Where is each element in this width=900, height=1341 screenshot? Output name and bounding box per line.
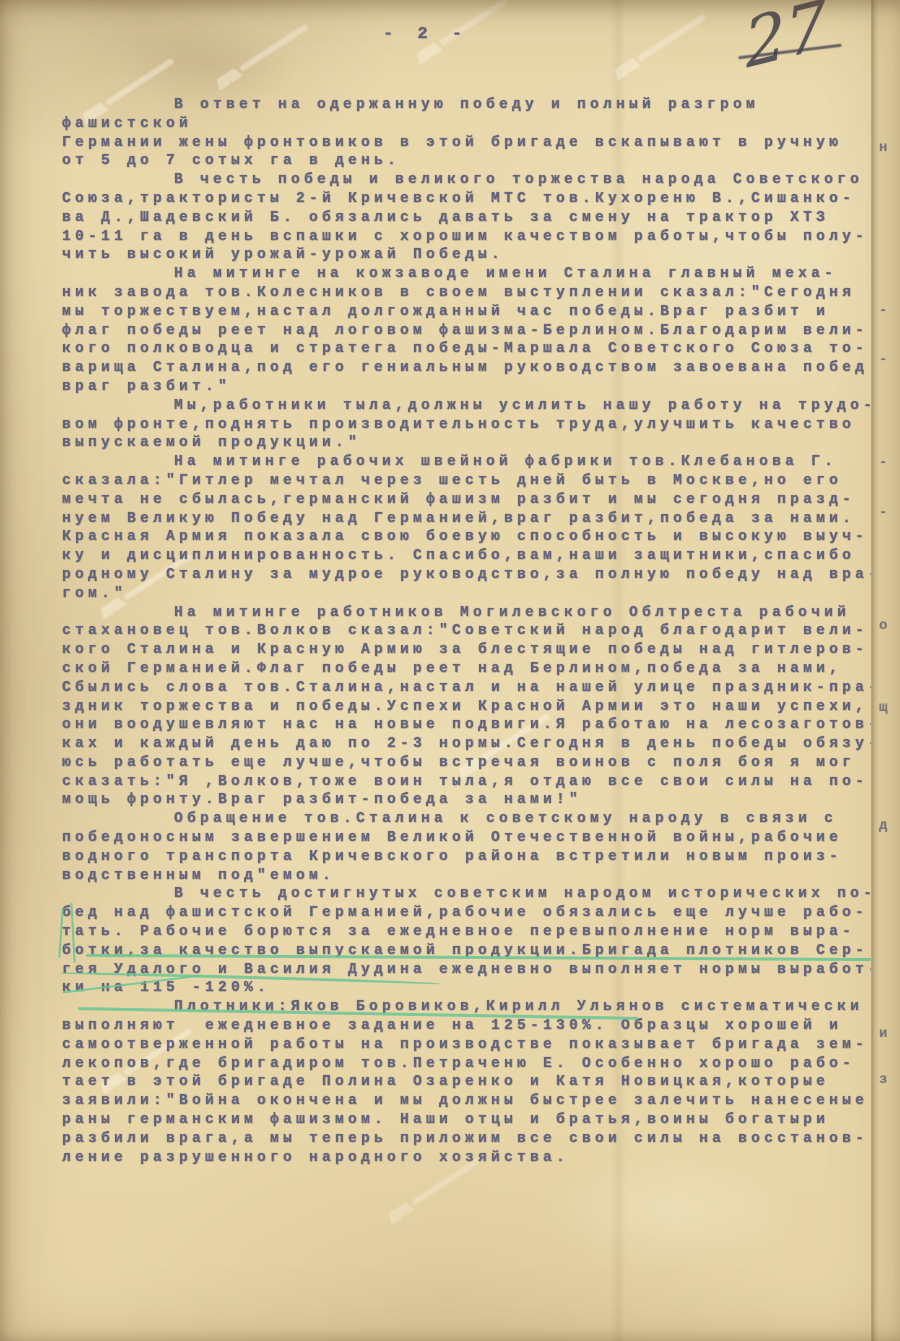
- open-book-icon: [417, 46, 431, 64]
- paragraph-4: Мы,работники тыла,должны усилить нашу ра…: [62, 397, 890, 453]
- open-book-icon: [423, 42, 443, 56]
- paragraph-2: В честь победы и великого торжества наро…: [62, 171, 890, 265]
- stray-glyph: д: [879, 818, 887, 834]
- stray-glyph: о: [879, 618, 887, 634]
- paragraph-6: На митинге работников Могилевского Облтр…: [62, 604, 890, 811]
- stray-glyph: з: [879, 1072, 887, 1088]
- open-book-icon: [217, 72, 231, 90]
- open-book-icon: [615, 62, 629, 80]
- paragraph-9: Плотники:Яков Боровиков,Кирилл Ульянов с…: [62, 998, 890, 1167]
- open-book-icon: [223, 68, 243, 82]
- paper-stain: [540, 1150, 800, 1270]
- scanned-document-page: - 2 - 27 В ответ на одержанную победу и …: [0, 0, 900, 1341]
- handwritten-page-number: 27: [743, 0, 829, 79]
- open-book-icon: [395, 1202, 415, 1216]
- watermark-text-bar: [638, 14, 706, 61]
- document-body: В ответ на одержанную победу и полный ра…: [62, 96, 890, 1167]
- archive-watermark-icon: [606, 0, 717, 87]
- stray-glyph: щ: [879, 700, 887, 716]
- paragraph-5: На митинге рабочих швейной фабрики тов.К…: [62, 453, 890, 603]
- stray-glyph: н: [879, 140, 887, 156]
- stray-glyph: -: [879, 455, 887, 471]
- watermark-text-bar: [240, 24, 308, 71]
- typed-page-number: - 2 -: [383, 25, 469, 44]
- stray-glyph: -: [879, 303, 887, 319]
- paragraph-1: В ответ на одержанную победу и полный ра…: [62, 96, 890, 171]
- stray-glyph: -: [879, 505, 887, 521]
- open-book-icon: [621, 58, 641, 72]
- archive-watermark-icon: [208, 9, 319, 97]
- stray-glyph: и: [879, 1026, 887, 1042]
- paragraph-8: В честь достигнутых советским народом ис…: [62, 885, 890, 998]
- paragraph-7: Обращение тов.Сталина к советскому народ…: [62, 810, 890, 885]
- open-book-icon: [389, 1206, 403, 1224]
- underlying-page-edge: н - - - - о щ д и з: [871, 0, 900, 1341]
- stray-glyph: -: [879, 352, 887, 368]
- paragraph-3: На митинге на кожзаводе имени Сталина гл…: [62, 265, 890, 397]
